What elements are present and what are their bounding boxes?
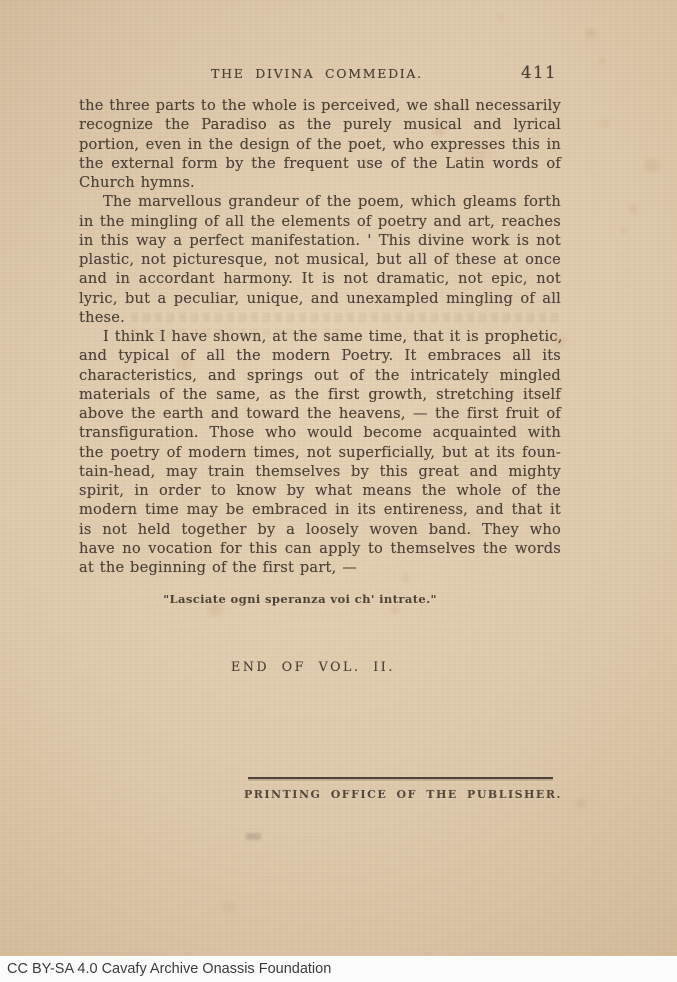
running-header-title: THE DIVINA COMMEDIA. (95, 66, 539, 81)
colophon-text: PRINTING OFFICE OF THE PUBLISHER. (244, 788, 557, 801)
license-text: CC BY-SA 4.0 Cavafy Archive Onassis Foun… (7, 961, 331, 977)
text-line: characteristics, and springs out of the … (79, 366, 561, 385)
stain (495, 13, 507, 22)
text-line: recognize the Paradiso as the purely mus… (79, 115, 561, 134)
stain (619, 225, 631, 235)
stain (596, 56, 609, 66)
text-line: above the earth and toward the heavens, … (79, 404, 561, 423)
text-line: portion, even in the design of the poet,… (79, 135, 561, 154)
text-line: the three parts to the whole is perceive… (79, 96, 561, 115)
text-line: is not held together by a loosely woven … (79, 520, 561, 539)
dante-quote: "Lasciate ogni speranza voi ch' intrate.… (78, 592, 522, 606)
text-line: transfiguration. Those who would become … (79, 423, 561, 442)
stain (626, 203, 641, 215)
text-line: modern time may be embraced in its entir… (79, 500, 561, 519)
text-line: at the beginning of the first part, — (79, 558, 561, 577)
text-line: materials of the same, as the first grow… (79, 385, 561, 404)
book-page-scan: THE DIVINA COMMEDIA. 411 the three parts… (0, 0, 677, 956)
text-line: plastic, not picturesque, not musical, b… (79, 250, 561, 269)
text-line: spirit, in order to know by what means t… (79, 481, 561, 500)
stain (583, 27, 599, 40)
text-line: The marvellous grandeur of the poem, whi… (79, 192, 561, 211)
smudge-mark (246, 833, 261, 840)
text-line: tain-head, may train themselves by this … (79, 462, 561, 481)
stain (596, 117, 613, 130)
stain (218, 900, 240, 914)
colophon-rule (248, 777, 553, 779)
end-of-volume: END OF VOL. II. (78, 659, 548, 674)
license-bar: CC BY-SA 4.0 Cavafy Archive Onassis Foun… (0, 956, 677, 982)
stain (641, 157, 663, 174)
text-line: and in accordant harmony. It is not dram… (79, 269, 561, 288)
text-line: I think I have shown, at the same time, … (79, 327, 561, 346)
text-line: the poetry of modern times, not superfic… (79, 443, 561, 462)
text-line: in the mingling of all the elements of p… (79, 212, 561, 231)
stain (573, 797, 589, 810)
text-line: Church hymns. (79, 173, 561, 192)
body-text: the three parts to the whole is perceive… (79, 96, 561, 577)
text-line: in this way a perfect manifestation. ' T… (79, 231, 561, 250)
text-line: and typical of all the modern Poetry. It… (79, 346, 561, 365)
text-line: these. (79, 308, 561, 327)
text-line: have no vocation for this can apply to t… (79, 539, 561, 558)
text-line: lyric, but a peculiar, unique, and unexa… (79, 289, 561, 308)
text-line: the external form by the frequent use of… (79, 154, 561, 173)
page-number: 411 (521, 63, 557, 82)
